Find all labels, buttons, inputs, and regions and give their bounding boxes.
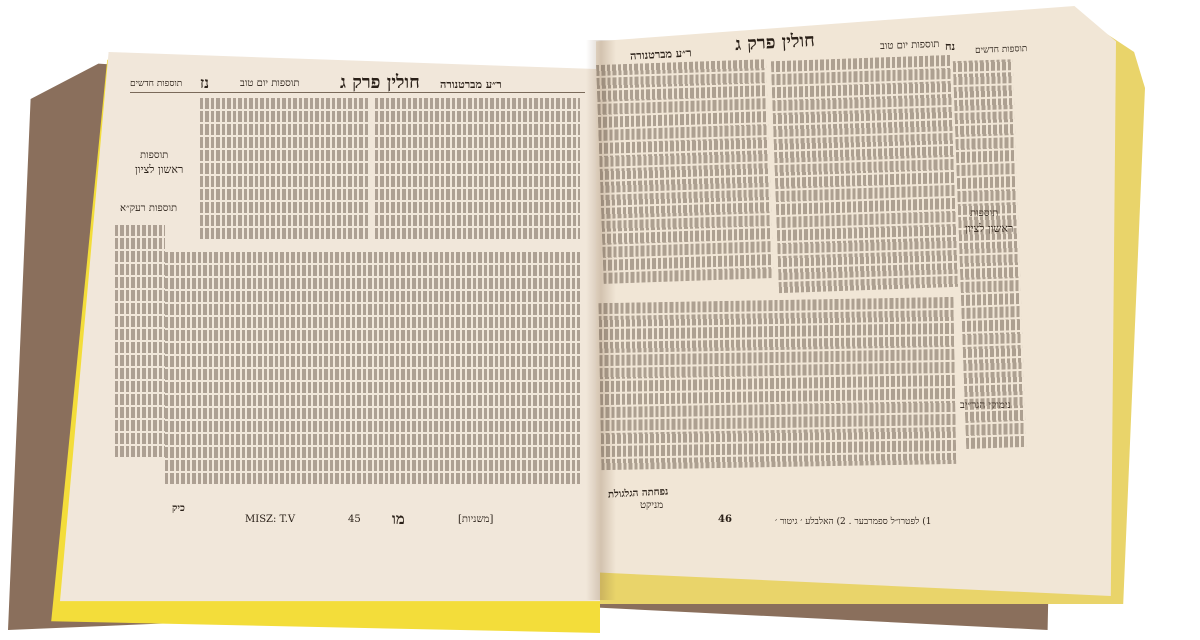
left-header-rule bbox=[130, 92, 585, 93]
left-tosfot-text bbox=[200, 98, 370, 248]
left-footer-page-number: 45 bbox=[348, 514, 361, 525]
right-footer-footnote: 1) לפטרו״ל ספמרבער . 2) האלבלע ׳ גיטור ׳ bbox=[775, 516, 931, 527]
left-bartenura-text bbox=[375, 98, 580, 248]
right-commentary-text bbox=[598, 297, 956, 483]
right-header-tosfot-chadashim: תוספות חדשים bbox=[975, 43, 1028, 56]
left-footer-page-letter: מו bbox=[392, 510, 405, 529]
left-header-tosfot-yomtov: תוספות יום טוב bbox=[240, 78, 299, 89]
left-footer-signature: MISZ: T.V bbox=[245, 514, 295, 525]
left-header-tosfot-chadashim: תוספות חדשים bbox=[130, 78, 182, 89]
right-header-tosfot-yomtov: תוספות יום טוב bbox=[880, 39, 940, 52]
left-margin-heading-tosfot: תוספות bbox=[140, 150, 168, 161]
right-footer-catchword-2: מניקט bbox=[640, 500, 663, 511]
left-commentary-text bbox=[165, 252, 580, 492]
left-footer-bracket-label: [משניות] bbox=[458, 514, 493, 525]
right-tosfot-text bbox=[771, 55, 959, 301]
left-header-chapter: חולין פרק ג bbox=[340, 72, 420, 93]
left-margin-heading-rishon: ראשון לציון bbox=[135, 163, 183, 176]
right-header-chapter: חולין פרק ג bbox=[735, 30, 816, 55]
left-footer-catchword: כיק bbox=[172, 503, 185, 514]
left-header-bartenura: ר״ע מברטנורה bbox=[440, 78, 502, 91]
left-margin-notes bbox=[115, 225, 165, 475]
left-header-page-letter: נז bbox=[200, 74, 209, 93]
right-bartenura-text bbox=[596, 59, 774, 295]
right-footer-page-number: 46 bbox=[718, 514, 732, 525]
right-header-page-letter: נח bbox=[945, 40, 955, 53]
left-margin-heading-rekiva: תוספות רעק״א bbox=[120, 203, 177, 214]
